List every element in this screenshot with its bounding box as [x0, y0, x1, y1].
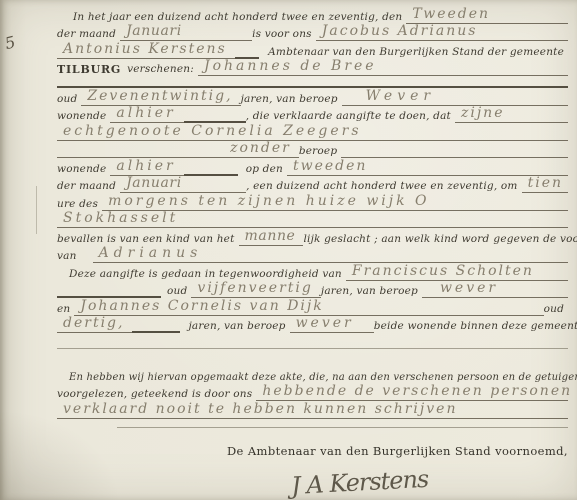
written-witness1-occupation: wever: [422, 281, 568, 298]
line-declarant-residence: wonende alhier , die verklaarde aangifte…: [57, 106, 568, 124]
written-witness1-name: Franciscus Scholten: [346, 264, 568, 281]
printed-occupation-label: beroep: [299, 145, 341, 158]
printed-age-suffix-2: jaren, van beroep: [321, 285, 422, 298]
printed-age-suffix-3: jaren, van beroep: [188, 320, 289, 333]
written-his: zijne: [455, 106, 568, 123]
paper-crease: [36, 186, 37, 234]
printed-witness-intro: Deze aangifte is gedaan in tegenwoordigh…: [69, 268, 346, 281]
rule-segment: [117, 425, 568, 428]
printed-hour-label: ure des: [57, 198, 102, 211]
printed-age-label-3: oud: [544, 303, 568, 316]
printed-residence-label-2: wonende: [57, 163, 110, 176]
line-closing-2: voorgelezen, geteekend is door ons hebbe…: [57, 384, 568, 402]
printed-on-day-label: op den: [246, 163, 287, 176]
line-birth-place: Stokhasselt: [57, 211, 568, 229]
line-closing-1: En hebben wij hiervan opgemaakt deze akt…: [57, 366, 568, 384]
written-time-place: morgens ten zijnen huize wijk O: [102, 194, 568, 211]
line-witness2-name: en Johannes Cornelis van Dijk oud: [57, 298, 568, 316]
written-month: Januari: [120, 24, 252, 41]
printed-month-label: der maand: [57, 28, 120, 41]
birth-certificate-page: 5 In het jaar een duizend acht honderd t…: [0, 0, 577, 500]
written-witness1-age: vijfenveertig: [191, 281, 320, 298]
written-birth-day: tweeden: [287, 159, 568, 176]
rule-segment: [57, 346, 568, 349]
printed-before-official: is voor ons: [252, 28, 316, 41]
printed-name-given: gegeven de voorn: [493, 233, 577, 246]
printed-closing-2: voorgelezen, geteekend is door ons: [57, 388, 256, 401]
line-spouse-residence: wonende alhier op den tweeden: [57, 158, 568, 176]
written-closing-2: verklaard nooit te hebben kunnen schrijv…: [57, 402, 568, 419]
written-closing-1: hebbende de verschenen personen: [256, 384, 568, 401]
printed-intro: In het jaar een duizend acht honderd twe…: [73, 11, 406, 24]
written-birth-month: Januari: [120, 176, 246, 193]
line-declarant-age: oud Zevenentwintig, jaren, van beroep We…: [57, 88, 568, 106]
printed-and-label: en: [57, 303, 74, 316]
printed-both-residing: beide wonende binnen deze gemeente.: [374, 320, 577, 333]
printed-municipality: TILBURG: [57, 63, 121, 76]
printed-year-time: , een duizend acht honderd twee en zeven…: [246, 180, 522, 193]
printed-closing-1: En hebben wij hiervan opgemaakt deze akt…: [69, 372, 577, 384]
official-signature: J A Kerstens: [291, 465, 429, 500]
printed-gender-suffix: lijk geslacht ; aan welk kind word: [303, 233, 493, 246]
printed-month-label-2: der maand: [57, 180, 120, 193]
act-number: 5: [3, 32, 18, 53]
printed-official-title: Ambtenaar van den Burgerlijken Stand der…: [268, 46, 568, 59]
line-child-gender: bevallen is van een kind van het manne l…: [57, 228, 568, 246]
printed-appeared: verschenen:: [127, 63, 198, 76]
line-witness-intro: Deze aangifte is gedaan in tegenwoordigh…: [57, 263, 568, 281]
rule-segment: [132, 329, 180, 333]
written-birth-hour: tien: [522, 176, 568, 193]
printed-age-label-2: oud: [167, 285, 191, 298]
printed-age-suffix: jaren, van beroep: [241, 93, 342, 106]
printed-residence-label: wonende: [57, 110, 110, 123]
line-spouse-occupation: zonder beroep: [57, 141, 568, 159]
line-municipality: TILBURG verschenen: Johannes de Bree: [57, 59, 568, 77]
line-official-title: Antonius Kerstens Ambtenaar van den Burg…: [57, 41, 568, 59]
written-official-name-2: Antonius Kerstens: [57, 42, 235, 59]
closing-rule: [57, 424, 568, 428]
written-child-name: Adrianus: [93, 246, 229, 263]
line-birth-time-place: ure des morgens ten zijnen huize wijk O: [57, 193, 568, 211]
written-witness2-age: dertig,: [57, 316, 132, 333]
written-witness2-name: Johannes Cornelis van Dijk: [74, 299, 543, 316]
line-witness2-age: dertig, jaren, van beroep wever beide wo…: [57, 316, 568, 334]
written-birth-place: Stokhasselt: [57, 211, 186, 228]
line-spouse: echtgenoote Cornelia Zeegers: [57, 123, 568, 141]
line-birth-month: der maand Januari , een duizend acht hon…: [57, 176, 568, 194]
written-declarant-age: Zevenentwintig,: [81, 89, 240, 106]
written-witness2-occupation: wever: [290, 316, 374, 333]
written-spouse-name: echtgenoote Cornelia Zeegers: [57, 124, 568, 141]
act-body: In het jaar een duizend acht honderd twe…: [57, 6, 568, 500]
printed-official-closing: De Ambtenaar van den Burgerlijken Stand …: [227, 444, 568, 458]
line-rule: [57, 76, 568, 88]
written-day: Tweeden: [406, 7, 568, 24]
printed-age-label: oud: [57, 93, 81, 106]
section-separator: [57, 343, 568, 349]
written-spouse-residence: alhier: [110, 159, 183, 176]
line-official-closing: De Ambtenaar van den Burgerlijken Stand …: [57, 441, 568, 459]
printed-of-label: van: [57, 250, 81, 263]
written-gender: manne: [239, 229, 304, 246]
line-witness1-age: oud vijfenveertig jaren, van beroep weve…: [57, 281, 568, 299]
written-official-name-1: Jacobus Adrianus: [316, 24, 568, 41]
line-signature: J A Kerstens: [57, 458, 568, 500]
line-year: In het jaar een duizend acht honderd twe…: [57, 6, 568, 24]
written-declarant-name: Johannes de Bree: [198, 59, 568, 76]
printed-declaration: , die verklaarde aangifte te doen, dat: [246, 110, 455, 123]
line-month-official: der maand Januari is voor ons Jacobus Ad…: [57, 24, 568, 42]
line-child-name: van Adrianus: [57, 246, 568, 264]
printed-delivered: bevallen is van een kind van het: [57, 233, 239, 246]
line-closing-3: verklaard nooit te hebben kunnen schrijv…: [57, 401, 568, 419]
written-spouse-occupation: zonder: [224, 141, 299, 158]
written-declarant-occupation: Wever: [342, 89, 568, 106]
written-declarant-residence: alhier: [110, 106, 183, 123]
